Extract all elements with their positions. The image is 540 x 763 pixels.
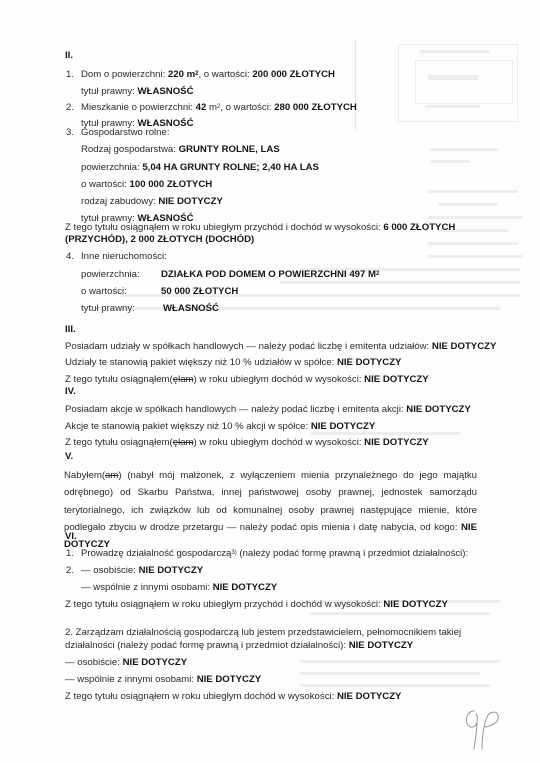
other-value: 50 000 ZŁOTYCH xyxy=(161,286,238,298)
farm-building-value: NIE DOTYCZY xyxy=(158,196,223,207)
farm-value: 100 000 ZŁOTYCH xyxy=(130,179,213,190)
farm-heading: Gospodarstwo rolne: xyxy=(81,127,170,139)
apartment-area: 42 xyxy=(196,102,207,113)
other-area-value: DZIAŁKA POD DOMEM O POWIERZCHNI 497 M2 xyxy=(161,269,379,281)
farm-income-value: 6 000 ZŁOTYCH xyxy=(383,222,455,233)
other-title-label: tytuł prawny: xyxy=(81,303,135,315)
section-vi-heading: VI. xyxy=(65,531,77,543)
management-income-line: Z tego tytułu osiągnąłem w roku ubiegłym… xyxy=(65,691,401,703)
farm-income-value-continued: (PRZYCHÓD), 2 000 ZŁOTYCH (DOCHÓD) xyxy=(65,234,254,246)
signature-initials-icon xyxy=(460,705,510,753)
management-line-1: 2. Zarządzam działalnością gospodarczą l… xyxy=(65,627,461,639)
shares-percent-line: Udziały te stanowią pakiet większy niż 1… xyxy=(65,357,401,369)
business-personal-line: — osobiście: NIE DOTYCZY xyxy=(81,565,203,577)
section-iii-heading: III. xyxy=(65,324,76,336)
other-property-heading: Inne nieruchomości: xyxy=(81,251,167,263)
house-title-line: tytuł prawny: WŁASNOŚĆ xyxy=(81,86,194,98)
business-joint-line: — wspólnie z innymi osobami: NIE DOTYCZY xyxy=(81,582,277,594)
shares-income-line: Z tego tytułu osiągnąłem(ęłam) w roku ub… xyxy=(65,374,429,386)
other-area-label: powierzchnia: xyxy=(81,269,140,281)
other-title-value: WŁASNOŚĆ xyxy=(163,303,219,315)
section-ii-heading: II. xyxy=(65,50,73,62)
farm-type-value: GRUNTY ROLNE, LAS xyxy=(179,144,280,155)
management-line-2: działalności (należy podać formę prawną … xyxy=(65,640,413,652)
item-number: 1. xyxy=(66,548,74,560)
shares-line: Posiadam udziały w spółkach handlowych —… xyxy=(65,341,496,353)
house-line: Dom o powierzchni: 220 m2, o wartości: 2… xyxy=(81,69,335,81)
business-income-line: Z tego tytułu osiągnąłem w roku ubiegłym… xyxy=(65,599,448,611)
document-page: II. 1. Dom o powierzchni: 220 m2, o wart… xyxy=(0,0,540,763)
item-number: 4. xyxy=(66,251,74,263)
section-iv-heading: IV. xyxy=(65,386,76,398)
item-number: 2. xyxy=(66,102,74,114)
stock-income-line: Z tego tytułu osiągnąłem(ęłam) w roku ub… xyxy=(65,437,429,449)
acquisition-paragraph: Nabyłem(am) (nabył mój małżonek, z wyłąc… xyxy=(64,467,477,553)
stock-line: Posiadam akcje w spółkach handlowych — n… xyxy=(65,404,471,416)
house-area: 220 m xyxy=(168,69,195,80)
management-joint-line: — wspólnie z innymi osobami: NIE DOTYCZY xyxy=(65,674,261,686)
apartment-line: Mieszkanie o powierzchni: 42 m2, o warto… xyxy=(81,102,357,114)
other-value-label: o wartości: xyxy=(81,286,127,298)
farm-building-line: rodzaj zabudowy: NIE DOTYCZY xyxy=(81,196,223,208)
business-line: Prowadzę działalność gospodarczą3) (nale… xyxy=(81,548,468,560)
management-personal-line: — osobiście: NIE DOTYCZY xyxy=(65,657,187,669)
house-value: 200 000 ZŁOTYCH xyxy=(252,69,335,80)
apartment-value: 280 000 ZŁOTYCH xyxy=(274,102,357,113)
farm-value-line: o wartości: 100 000 ZŁOTYCH xyxy=(81,179,212,191)
stock-percent-line: Akcje te stanowią pakiet większy niż 10 … xyxy=(65,421,375,433)
item-number: 3. xyxy=(66,127,74,139)
farm-area-value: 5,04 HA GRUNTY ROLNE; 2,40 HA LAS xyxy=(142,162,319,173)
item-number: 2. xyxy=(66,565,74,577)
item-number: 1. xyxy=(66,69,74,81)
section-v-heading: V. xyxy=(65,451,73,463)
farm-income-line: Z tego tytułu osiągnąłem w roku ubiegłym… xyxy=(65,222,455,234)
farm-area-line: powierzchnia: 5,04 HA GRUNTY ROLNE; 2,40… xyxy=(81,162,319,174)
farm-type-line: Rodzaj gospodarstwa: GRUNTY ROLNE, LAS xyxy=(81,144,280,156)
house-title-value: WŁASNOŚĆ xyxy=(138,86,194,97)
